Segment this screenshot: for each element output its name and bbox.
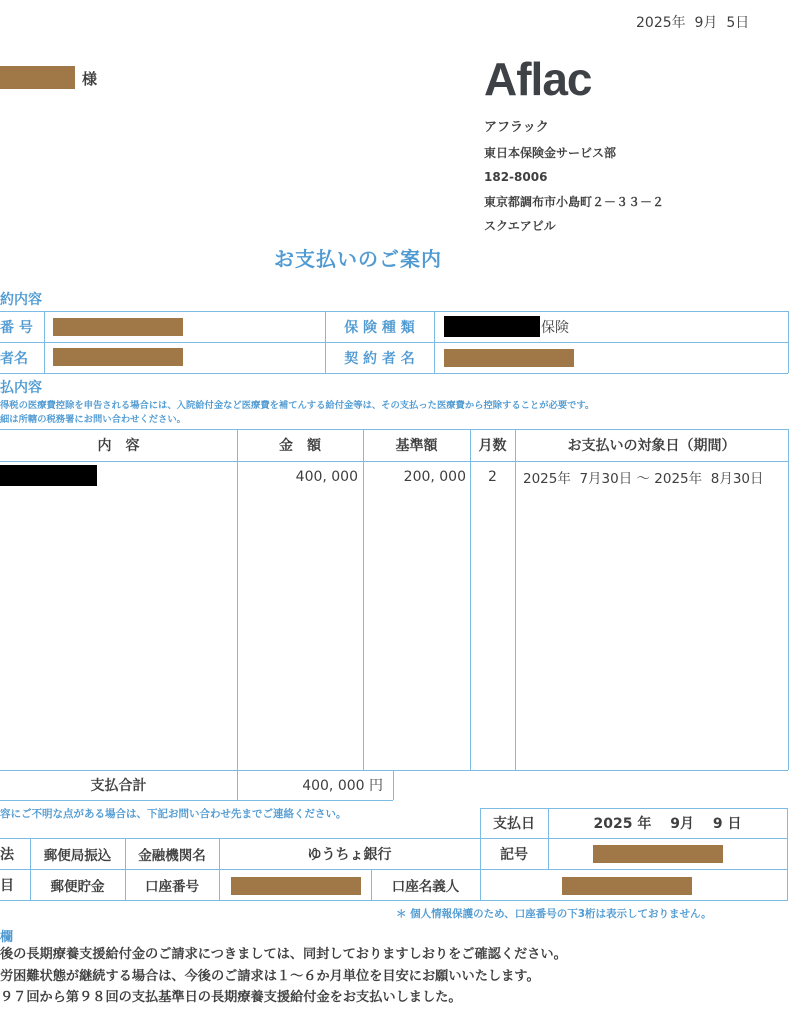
insurance-type-suffix: 保険 <box>541 311 569 342</box>
payment-date-label: 支払日 <box>480 808 548 838</box>
inquiry-note: 容にご不明な点がある場合は、下記お問い合わせ先までご連絡ください。 <box>0 806 347 821</box>
policy-number-label: 番 号 <box>0 311 44 342</box>
col-header-content: 内 容 <box>0 429 237 461</box>
col-header-base-amount: 基準額 <box>363 429 470 461</box>
tax-note-line-1: 得税の医療費控除を申告される場合には、入院給付金など医療費を補てんする給付金等は… <box>0 397 594 411</box>
company-department: 東日本保険金サービス部 <box>484 141 664 166</box>
insurance-type-redacted <box>444 316 540 337</box>
remark-line-1: 後の長期療養支援給付金のご請求につきましては、同封しておりますしおりをご確認くだ… <box>0 944 567 966</box>
tax-note-line-2: 細は所轄の税務署にお問い合わせください。 <box>0 411 186 425</box>
company-address: 東京都調布市小島町２－３３－２ <box>484 190 664 215</box>
contract-section-heading: 約内容 <box>0 289 42 309</box>
logo-text: Aflac <box>484 53 591 105</box>
company-building: スクエアビル <box>484 214 664 239</box>
period-cell: 2025年 7月30日 ～ 2025年 8月30日 <box>523 464 764 490</box>
account-holder-label: 口座名義人 <box>371 869 480 900</box>
insurance-type-label: 保 険 種 類 <box>325 311 434 342</box>
method-label: 法 <box>0 838 30 869</box>
remarks-list: 後の長期療養支援給付金のご請求につきましては、同封しておりますしおりをご確認くだ… <box>0 944 567 1009</box>
col-header-amount: 金 額 <box>237 429 363 461</box>
policyholder-label: 契 約 者 名 <box>325 342 434 373</box>
months-cell: 2 <box>470 464 515 490</box>
remark-line-3: ９７回から第９８回の支払基準日の長期療養支援給付金をお支払いしました。 <box>0 987 567 1009</box>
payment-date-value: 2025 年 9月 9 日 <box>548 808 787 838</box>
total-value: 400, 000 円 <box>237 770 383 800</box>
base-amount-cell: 200, 000 <box>363 464 466 490</box>
aflac-logo: Aflac <box>484 52 591 106</box>
insured-name-label: 者名 <box>0 342 44 373</box>
recipient-name-redacted <box>0 66 75 89</box>
issue-date: 2025年 9月 5日 <box>636 12 749 32</box>
privacy-note: ＊ 個人情報保護のため、口座番号の下3桁は表示しておりません。 <box>396 906 712 921</box>
company-name: アフラック <box>484 116 664 141</box>
symbol-label: 記号 <box>480 838 548 869</box>
content-redacted <box>0 465 97 486</box>
account-item-label: 目 <box>0 869 30 900</box>
account-holder-redacted <box>562 877 692 895</box>
remark-line-2: 労困難状態が継続する場合は、今後のご請求は１～６か月単位を目安にお願いいたします… <box>0 966 567 988</box>
page-title: お支払いのご案内 <box>274 243 442 272</box>
account-number-label: 口座番号 <box>125 869 219 900</box>
col-header-months: 月数 <box>470 429 515 461</box>
recipient-suffix: 様 <box>82 68 97 89</box>
policy-number-redacted <box>53 318 183 336</box>
bank-name-label: 金融機関名 <box>125 838 219 869</box>
bank-name-value: ゆうちょ銀行 <box>219 838 480 869</box>
payment-method-value: 郵便局振込 <box>30 838 125 869</box>
col-header-period: お支払いの対象日（期間） <box>515 429 788 461</box>
amount-cell: 400, 000 <box>237 464 358 490</box>
policyholder-name-redacted <box>444 349 574 367</box>
company-postal-code: 182-8006 <box>484 165 664 190</box>
account-number-redacted <box>231 877 361 895</box>
total-label: 支払合計 <box>0 770 237 800</box>
company-address-block: アフラック 東日本保険金サービス部 182-8006 東京都調布市小島町２－３３… <box>484 116 664 239</box>
symbol-redacted <box>593 845 723 863</box>
insured-name-redacted <box>53 348 183 366</box>
remarks-heading: 欄 <box>0 926 13 945</box>
account-type-value: 郵便貯金 <box>30 869 125 900</box>
payment-section-heading: 払内容 <box>0 377 42 397</box>
